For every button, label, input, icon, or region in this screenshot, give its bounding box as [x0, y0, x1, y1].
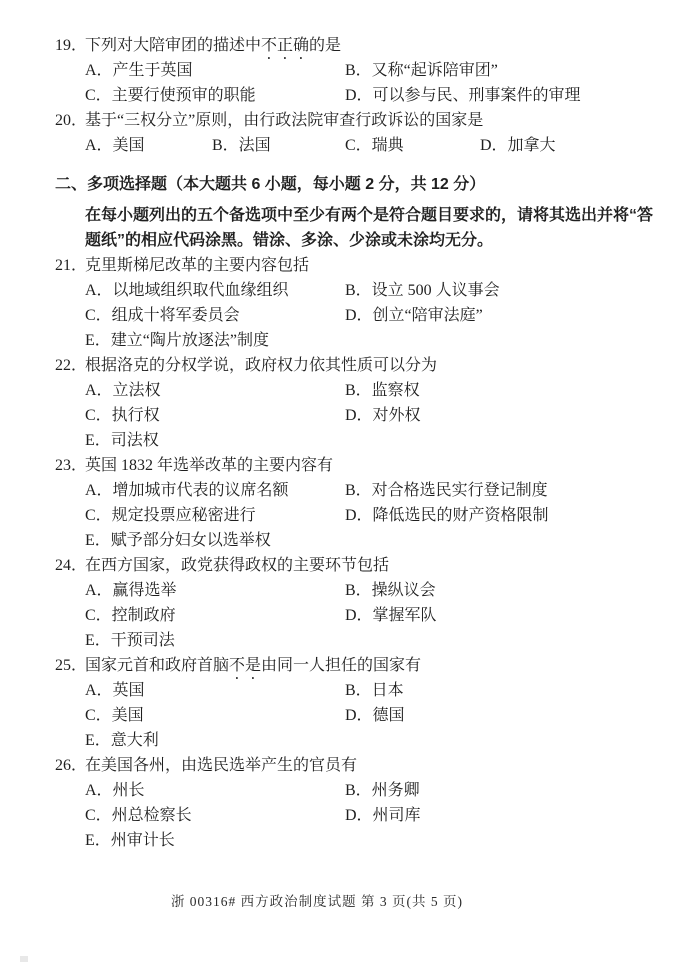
- option-b: B．监察权: [345, 378, 420, 403]
- options-row: A．增加城市代表的议席名额B．对合格选民实行登记制度: [55, 478, 660, 503]
- option-c: C．控制政府: [85, 603, 345, 628]
- option-c: C．美国: [85, 703, 345, 728]
- option-e: E．意大利: [85, 728, 159, 753]
- section-heading: 二、多项选择题（本大题共 6 小题，每小题 2 分，共 12 分）: [55, 172, 660, 197]
- question-stem-line: 21．克里斯梯尼改革的主要内容包括: [55, 253, 660, 278]
- options-row: E．意大利: [55, 728, 660, 753]
- option-d: D．加拿大: [480, 133, 556, 158]
- stem-text-pre: 基于“三权分立”原则，由行政法院审查行政诉讼的国家是: [85, 112, 483, 129]
- option-c: C．规定投票应秘密进行: [85, 503, 345, 528]
- option-b: B．又称“起诉陪审团”: [345, 58, 498, 83]
- option-b: B．对合格选民实行登记制度: [345, 478, 548, 503]
- question-number: 20．: [55, 108, 85, 133]
- question-20: 20．基于“三权分立”原则，由行政法院审查行政诉讼的国家是 A．美国B．法国C．…: [55, 108, 660, 158]
- option-d: D．创立“陪审法庭”: [345, 303, 483, 328]
- question-number: 25．: [55, 653, 85, 678]
- question-number: 26．: [55, 753, 85, 778]
- options-row: A．以地域组织取代血缘组织B．设立 500 人议事会: [55, 278, 660, 303]
- question-stem-line: 22．根据洛克的分权学说，政府权力依其性质可以分为: [55, 353, 660, 378]
- stem-text-pre: 在美国各州，由选民选举产生的官员有: [85, 757, 357, 774]
- option-b: B．操纵议会: [345, 578, 436, 603]
- option-c: C．瑞典: [345, 133, 480, 158]
- options-row: A．英国B．日本: [55, 678, 660, 703]
- option-b: B．州务卿: [345, 778, 420, 803]
- option-b: B．法国: [212, 133, 345, 158]
- section-instructions-line1: 在每小题列出的五个备选项中至少有两个是符合题目要求的，请将其选出并将“答: [55, 203, 660, 228]
- options-row: E．司法权: [55, 428, 660, 453]
- options-row: C．组成十将军委员会D．创立“陪审法庭”: [55, 303, 660, 328]
- question-stem-line: 25．国家元首和政府首脑不是由同一人担任的国家有: [55, 653, 660, 678]
- option-d: D．掌握军队: [345, 603, 437, 628]
- options-row: A．赢得选举B．操纵议会: [55, 578, 660, 603]
- question-number: 22．: [55, 353, 85, 378]
- options-row: E．建立“陶片放逐法”制度: [55, 328, 660, 353]
- option-c: C．州总检察长: [85, 803, 345, 828]
- question-stem-line: 23．英国 1832 年选举改革的主要内容有: [55, 453, 660, 478]
- question-22: 22．根据洛克的分权学说，政府权力依其性质可以分为 A．立法权B．监察权 C．执…: [55, 353, 660, 453]
- option-e: E．司法权: [85, 428, 159, 453]
- option-e: E．干预司法: [85, 628, 175, 653]
- option-a: A．立法权: [85, 378, 345, 403]
- options-row: A．产生于英国B．又称“起诉陪审团”: [55, 58, 660, 83]
- option-b: B．设立 500 人议事会: [345, 278, 500, 303]
- question-19: 19．下列对大陪审团的描述中不正确的是 A．产生于英国B．又称“起诉陪审团” C…: [55, 33, 660, 108]
- options-row: A．美国B．法国C．瑞典D．加拿大: [55, 133, 660, 158]
- option-c: C．组成十将军委员会: [85, 303, 345, 328]
- option-c: C．执行权: [85, 403, 345, 428]
- option-d: D．降低选民的财产资格限制: [345, 503, 549, 528]
- options-row: C．主要行使预审的职能D．可以参与民、刑事案件的审理: [55, 83, 660, 108]
- options-row: E．干预司法: [55, 628, 660, 653]
- options-row: E．赋予部分妇女以选举权: [55, 528, 660, 553]
- option-a: A．增加城市代表的议席名额: [85, 478, 345, 503]
- options-row: C．执行权D．对外权: [55, 403, 660, 428]
- question-25: 25．国家元首和政府首脑不是由同一人担任的国家有 A．英国B．日本 C．美国D．…: [55, 653, 660, 753]
- option-e: E．赋予部分妇女以选举权: [85, 528, 271, 553]
- stem-emphasized-text: 不正确: [261, 37, 309, 54]
- options-row: E．州审计长: [55, 828, 660, 853]
- stem-emphasized-text: 不是: [229, 657, 261, 674]
- stem-text-pre: 在西方国家，政党获得政权的主要环节包括: [85, 557, 389, 574]
- option-d: D．州司库: [345, 803, 421, 828]
- options-row: C．规定投票应秘密进行D．降低选民的财产资格限制: [55, 503, 660, 528]
- stem-text-post: 的是: [309, 37, 341, 54]
- exam-paper-page: 19．下列对大陪审团的描述中不正确的是 A．产生于英国B．又称“起诉陪审团” C…: [0, 0, 690, 970]
- option-d: D．德国: [345, 703, 405, 728]
- question-number: 19．: [55, 33, 85, 58]
- question-23: 23．英国 1832 年选举改革的主要内容有 A．增加城市代表的议席名额B．对合…: [55, 453, 660, 553]
- option-d: D．对外权: [345, 403, 421, 428]
- question-stem-line: 20．基于“三权分立”原则，由行政法院审查行政诉讼的国家是: [55, 108, 660, 133]
- options-row: C．州总检察长D．州司库: [55, 803, 660, 828]
- question-stem-line: 19．下列对大陪审团的描述中不正确的是: [55, 33, 660, 58]
- section-instructions-line2: 题纸”的相应代码涂黑。错涂、多涂、少涂或未涂均无分。: [55, 228, 660, 253]
- option-e: E．建立“陶片放逐法”制度: [85, 328, 269, 353]
- question-24: 24．在西方国家，政党获得政权的主要环节包括 A．赢得选举B．操纵议会 C．控制…: [55, 553, 660, 653]
- option-a: A．赢得选举: [85, 578, 345, 603]
- stem-text-pre: 下列对大陪审团的描述中: [85, 37, 261, 54]
- option-a: A．英国: [85, 678, 345, 703]
- option-b: B．日本: [345, 678, 404, 703]
- option-a: A．美国: [85, 133, 212, 158]
- stem-text-pre: 根据洛克的分权学说，政府权力依其性质可以分为: [85, 357, 437, 374]
- option-a: A．产生于英国: [85, 58, 345, 83]
- page-content: 19．下列对大陪审团的描述中不正确的是 A．产生于英国B．又称“起诉陪审团” C…: [0, 0, 690, 853]
- question-21: 21．克里斯梯尼改革的主要内容包括 A．以地域组织取代血缘组织B．设立 500 …: [55, 253, 660, 353]
- page-footer: 浙 00316# 西方政治制度试题 第 3 页(共 5 页): [0, 890, 662, 910]
- question-number: 21．: [55, 253, 85, 278]
- question-number: 23．: [55, 453, 85, 478]
- stem-text-pre: 英国 1832 年选举改革的主要内容有: [85, 457, 333, 474]
- stem-text-post: 由同一人担任的国家有: [261, 657, 421, 674]
- options-row: C．美国D．德国: [55, 703, 660, 728]
- option-d: D．可以参与民、刑事案件的审理: [345, 83, 581, 108]
- option-c: C．主要行使预审的职能: [85, 83, 345, 108]
- options-row: A．州长B．州务卿: [55, 778, 660, 803]
- option-a: A．以地域组织取代血缘组织: [85, 278, 345, 303]
- question-number: 24．: [55, 553, 85, 578]
- option-e: E．州审计长: [85, 828, 175, 853]
- stem-text-pre: 国家元首和政府首脑: [85, 657, 229, 674]
- options-row: A．立法权B．监察权: [55, 378, 660, 403]
- question-stem-line: 24．在西方国家，政党获得政权的主要环节包括: [55, 553, 660, 578]
- option-a: A．州长: [85, 778, 345, 803]
- stem-text-pre: 克里斯梯尼改革的主要内容包括: [85, 257, 309, 274]
- scan-artifact: [20, 956, 28, 962]
- question-26: 26．在美国各州，由选民选举产生的官员有 A．州长B．州务卿 C．州总检察长D．…: [55, 753, 660, 853]
- question-stem-line: 26．在美国各州，由选民选举产生的官员有: [55, 753, 660, 778]
- options-row: C．控制政府D．掌握军队: [55, 603, 660, 628]
